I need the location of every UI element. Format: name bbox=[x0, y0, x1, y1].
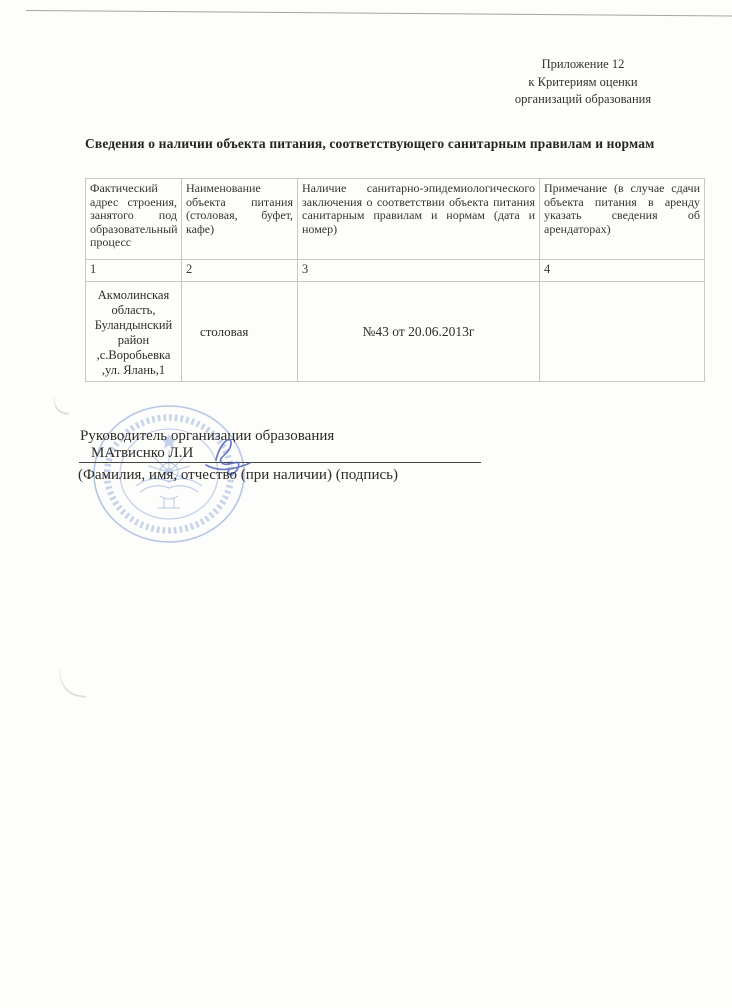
appendix-header: Приложение 12 к Критериям оценки организ… bbox=[462, 56, 704, 109]
cell-note bbox=[540, 282, 705, 382]
col-number-2: 2 bbox=[182, 260, 298, 282]
signature-role-line: Руководитель организации образования bbox=[80, 428, 334, 445]
scanned-document-page: Приложение 12 к Критериям оценки организ… bbox=[0, 0, 732, 1008]
page-curl-mark bbox=[52, 398, 70, 415]
col-header-conclusion: Наличие санитарно-эпидемиологического за… bbox=[298, 179, 540, 260]
signature-line: МАтвиснко Л.И bbox=[79, 444, 481, 463]
signature-name: МАтвиснко Л.И bbox=[79, 445, 193, 462]
food-facility-table: Фактический адрес строения, занятого под… bbox=[85, 178, 705, 382]
appendix-line-1: Приложение 12 bbox=[462, 56, 704, 74]
col-number-3: 3 bbox=[298, 260, 540, 282]
scan-edge-artifact bbox=[26, 10, 732, 17]
col-number-4: 4 bbox=[540, 260, 705, 282]
appendix-line-3: организаций образования bbox=[462, 91, 704, 109]
signature-caption: (Фамилия, имя, отчество (при наличии) (п… bbox=[78, 467, 398, 484]
page-curl-mark bbox=[56, 670, 89, 698]
document-title: Сведения о наличии объекта питания, соот… bbox=[85, 136, 660, 152]
col-header-note: Примечание (в случае сдачи объекта питан… bbox=[540, 179, 705, 260]
cell-address: Акмолинская область, Буландынский район … bbox=[86, 282, 182, 382]
table-number-row: 1 2 3 4 bbox=[86, 260, 705, 282]
col-number-1: 1 bbox=[86, 260, 182, 282]
col-header-address: Фактический адрес строения, занятого под… bbox=[86, 179, 182, 260]
appendix-line-2: к Критериям оценки bbox=[462, 74, 704, 92]
cell-sanitary-conclusion: №43 от 20.06.2013г bbox=[298, 282, 540, 382]
col-header-facility: Наименование объекта питания (столовая, … bbox=[182, 179, 298, 260]
table-header-row: Фактический адрес строения, занятого под… bbox=[86, 179, 705, 260]
cell-facility-name: столовая bbox=[182, 282, 298, 382]
table-data-row: Акмолинская область, Буландынский район … bbox=[86, 282, 705, 382]
